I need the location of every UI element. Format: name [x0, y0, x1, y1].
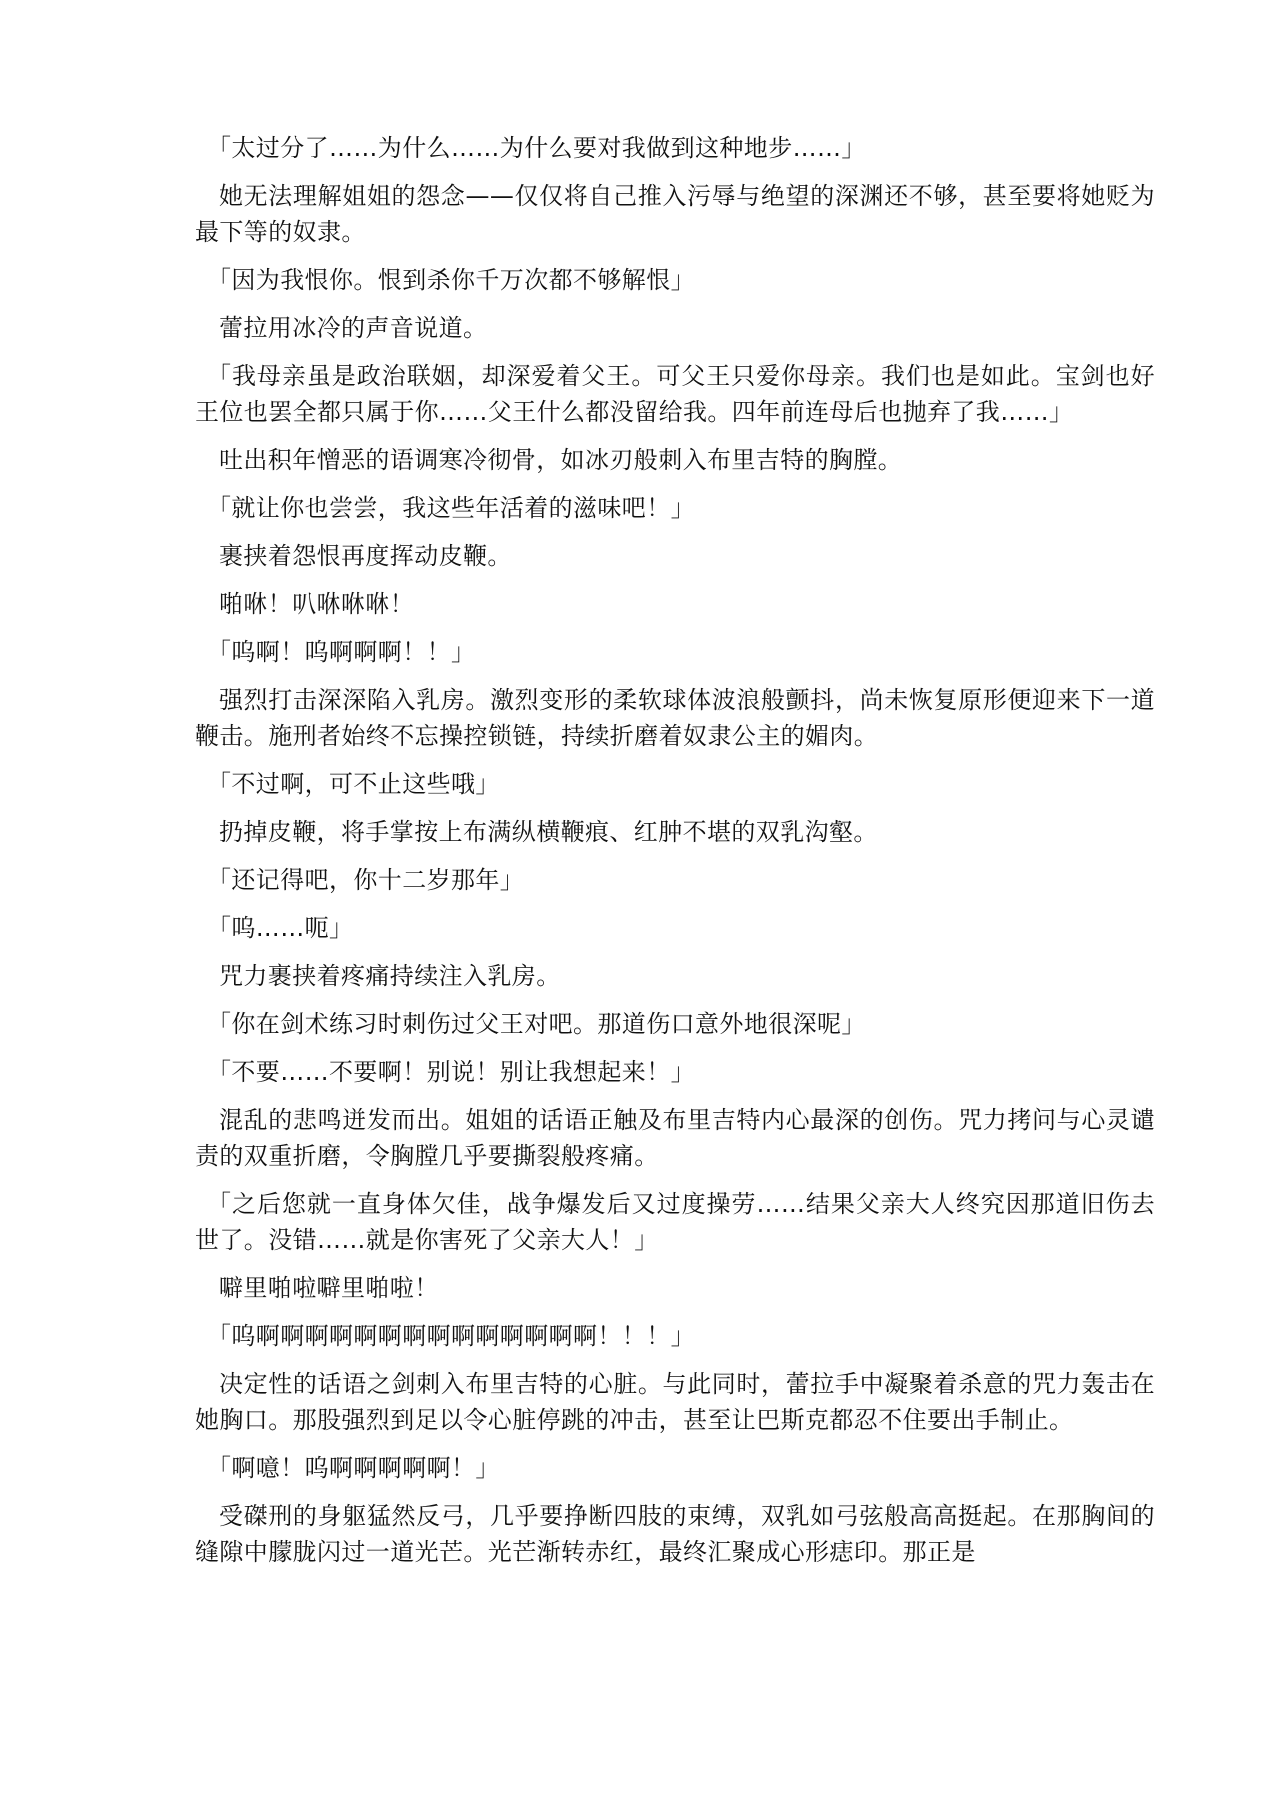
paragraph-dialogue: 「就让你也尝尝，我这些年活着的滋味吧！」 [195, 490, 1155, 526]
paragraph-narration: 裹挟着怨恨再度挥动皮鞭。 [195, 538, 1155, 574]
paragraph-dialogue: 「还记得吧，你十二岁那年」 [195, 862, 1155, 898]
paragraph-narration: 蕾拉用冰冷的声音说道。 [195, 310, 1155, 346]
paragraph-narration: 她无法理解姐姐的怨念——仅仅将自己推入污辱与绝望的深渊还不够，甚至要将她贬为最下… [195, 178, 1155, 250]
paragraph-dialogue: 「不过啊，可不止这些哦」 [195, 766, 1155, 802]
paragraph-narration: 扔掉皮鞭，将手掌按上布满纵横鞭痕、红肿不堪的双乳沟壑。 [195, 814, 1155, 850]
paragraph-dialogue: 「呜……呃」 [195, 910, 1155, 946]
paragraph-sound-effect: 噼里啪啦噼里啪啦！ [195, 1270, 1155, 1306]
paragraph-dialogue: 「因为我恨你。恨到杀你千万次都不够解恨」 [195, 262, 1155, 298]
paragraph-dialogue: 「啊噫！呜啊啊啊啊啊！」 [195, 1450, 1155, 1486]
paragraph-dialogue: 「呜啊！呜啊啊啊！！」 [195, 634, 1155, 670]
paragraph-narration: 强烈打击深深陷入乳房。激烈变形的柔软球体波浪般颤抖，尚未恢复原形便迎来下一道鞭击… [195, 682, 1155, 754]
paragraph-sound-effect: 啪咻！叭咻咻咻！ [195, 586, 1155, 622]
paragraph-dialogue: 「太过分了……为什么……为什么要对我做到这种地步……」 [195, 130, 1155, 166]
paragraph-narration: 受磔刑的身躯猛然反弓，几乎要挣断四肢的束缚，双乳如弓弦般高高挺起。在那胸间的缝隙… [195, 1498, 1155, 1570]
paragraph-narration: 决定性的话语之剑刺入布里吉特的心脏。与此同时，蕾拉手中凝聚着杀意的咒力轰击在她胸… [195, 1366, 1155, 1438]
paragraph-dialogue: 「不要……不要啊！别说！别让我想起来！」 [195, 1054, 1155, 1090]
paragraph-narration: 混乱的悲鸣迸发而出。姐姐的话语正触及布里吉特内心最深的创伤。咒力拷问与心灵谴责的… [195, 1102, 1155, 1174]
paragraph-dialogue: 「呜啊啊啊啊啊啊啊啊啊啊啊啊啊啊！！！」 [195, 1318, 1155, 1354]
paragraph-dialogue: 「之后您就一直身体欠佳，战争爆发后又过度操劳……结果父亲大人终究因那道旧伤去世了… [195, 1186, 1155, 1258]
document-page: 「太过分了……为什么……为什么要对我做到这种地步……」 她无法理解姐姐的怨念——… [195, 130, 1155, 1582]
paragraph-narration: 吐出积年憎恶的语调寒冷彻骨，如冰刃般刺入布里吉特的胸膛。 [195, 442, 1155, 478]
paragraph-dialogue: 「我母亲虽是政治联姻，却深爱着父王。可父王只爱你母亲。我们也是如此。宝剑也好王位… [195, 358, 1155, 430]
paragraph-dialogue: 「你在剑术练习时刺伤过父王对吧。那道伤口意外地很深呢」 [195, 1006, 1155, 1042]
paragraph-narration: 咒力裹挟着疼痛持续注入乳房。 [195, 958, 1155, 994]
